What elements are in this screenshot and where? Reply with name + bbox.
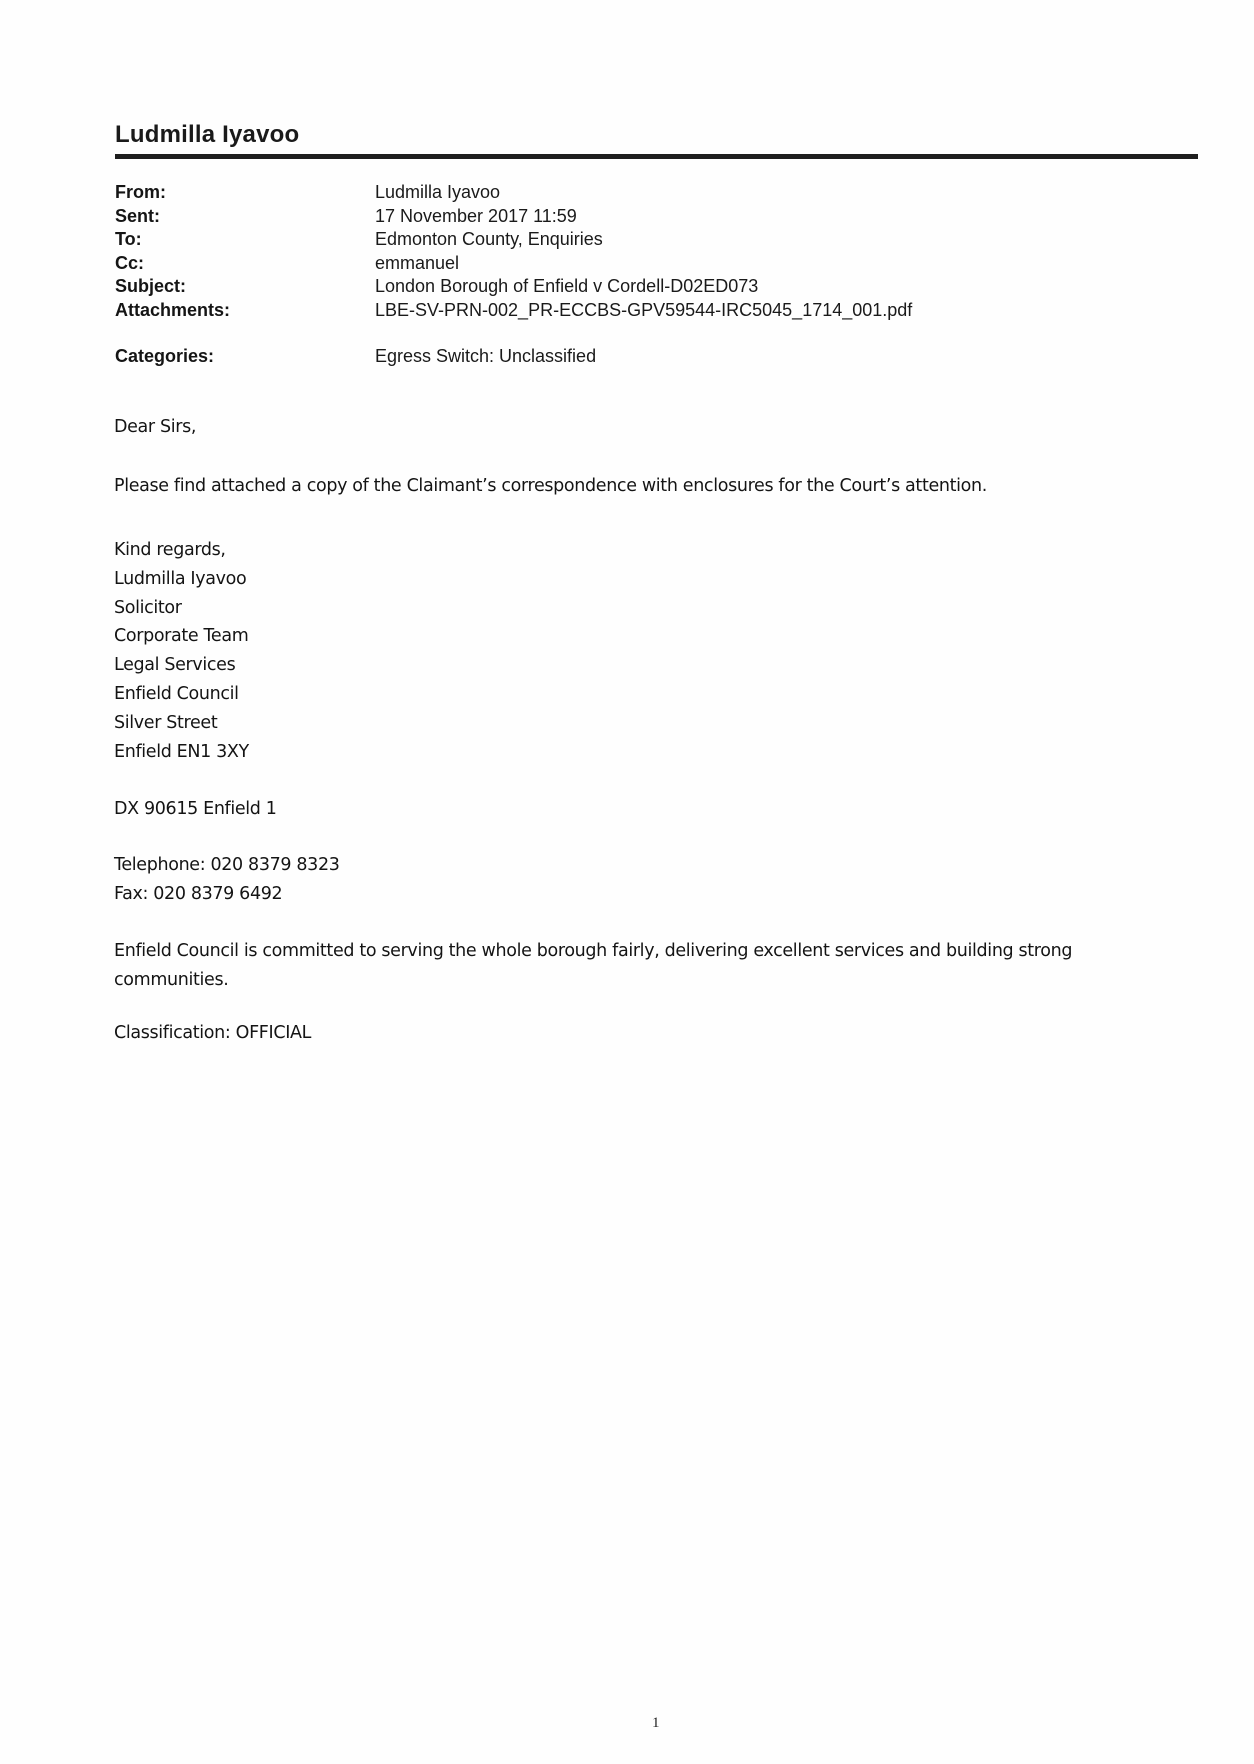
from-label: From: <box>115 181 375 205</box>
attachments-label: Attachments: <box>115 299 375 323</box>
document-page: Ludmilla Iyavoo From: Ludmilla Iyavoo Se… <box>0 0 1254 1764</box>
signature-postcode: Enfield EN1 3XY <box>114 738 277 767</box>
categories-label: Categories: <box>115 346 375 367</box>
title-divider <box>115 154 1198 159</box>
categories-row: Categories: Egress Switch: Unclassified <box>115 346 596 367</box>
sent-value: 17 November 2017 11:59 <box>375 205 577 229</box>
from-row: From: Ludmilla Iyavoo <box>115 181 912 205</box>
cc-value: emmanuel <box>375 252 459 276</box>
attachments-row: Attachments: LBE-SV-PRN-002_PR-ECCBS-GPV… <box>115 299 912 323</box>
subject-value: London Borough of Enfield v Cordell-D02E… <box>375 275 758 299</box>
cc-row: Cc: emmanuel <box>115 252 912 276</box>
signature-department: Legal Services <box>114 651 277 680</box>
signature-organisation: Enfield Council <box>114 680 277 709</box>
page-number: 1 <box>652 1715 660 1732</box>
dx-address: DX 90615 Enfield 1 <box>114 795 277 824</box>
cc-label: Cc: <box>115 252 375 276</box>
contact-block: Telephone: 020 8379 8323 Fax: 020 8379 6… <box>114 851 340 909</box>
telephone: Telephone: 020 8379 8323 <box>114 851 340 880</box>
attachment-filename: LBE-SV-PRN-002_PR-ECCBS-GPV59544-IRC5045… <box>375 299 912 323</box>
signature-role: Solicitor <box>114 594 277 623</box>
categories-value: Egress Switch: Unclassified <box>375 346 596 367</box>
greeting: Dear Sirs, <box>114 417 196 437</box>
mission-statement: Enfield Council is committed to serving … <box>114 937 1114 995</box>
signoff: Kind regards, <box>114 536 277 565</box>
to-value: Edmonton County, Enquiries <box>375 228 603 252</box>
signature-street: Silver Street <box>114 709 277 738</box>
sent-label: Sent: <box>115 205 375 229</box>
from-value: Ludmilla Iyavoo <box>375 181 500 205</box>
message-text: Please find attached a copy of the Claim… <box>114 476 987 496</box>
signature-name: Ludmilla Iyavoo <box>114 565 277 594</box>
signature-team: Corporate Team <box>114 622 277 651</box>
sent-row: Sent: 17 November 2017 11:59 <box>115 205 912 229</box>
classification: Classification: OFFICIAL <box>114 1023 311 1043</box>
subject-label: Subject: <box>115 275 375 299</box>
subject-row: Subject: London Borough of Enfield v Cor… <box>115 275 912 299</box>
to-row: To: Edmonton County, Enquiries <box>115 228 912 252</box>
signature-block: Kind regards, Ludmilla Iyavoo Solicitor … <box>114 536 277 824</box>
fax: Fax: 020 8379 6492 <box>114 880 340 909</box>
to-label: To: <box>115 228 375 252</box>
email-header-fields: From: Ludmilla Iyavoo Sent: 17 November … <box>115 181 912 322</box>
document-title: Ludmilla Iyavoo <box>115 121 299 149</box>
